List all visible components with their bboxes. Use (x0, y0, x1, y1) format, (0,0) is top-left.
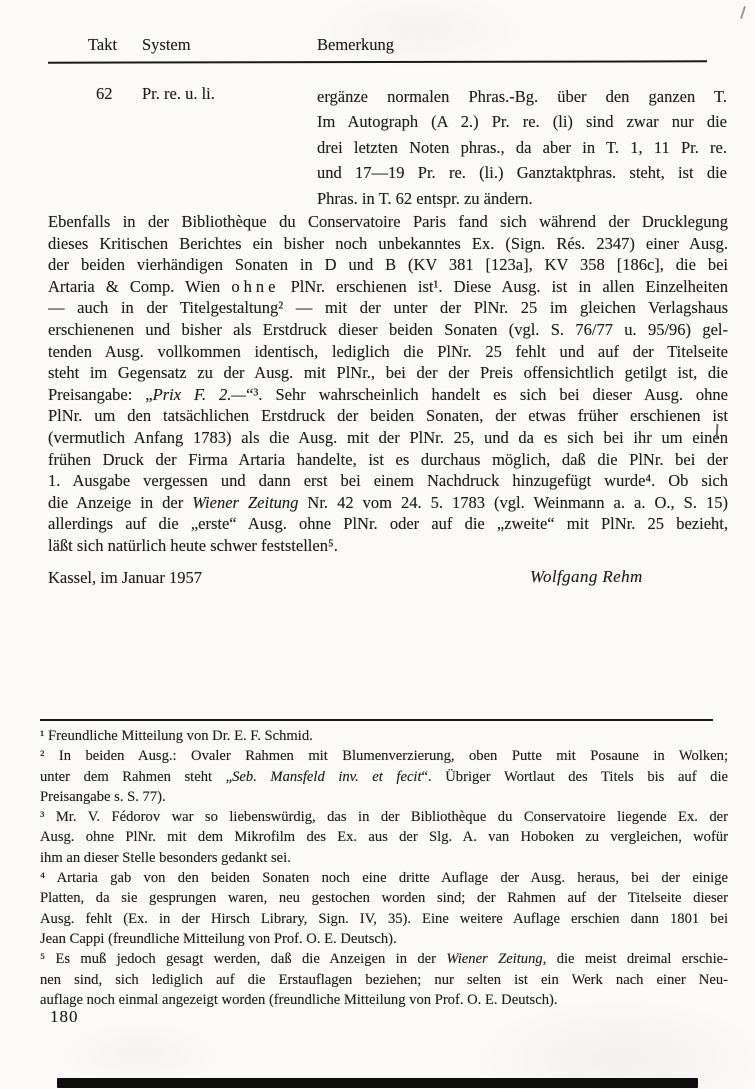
text-line: ⁴ Artaria gab von den beiden Sonaten noc… (40, 868, 728, 888)
text-line: ihm an dieser Stelle besonders gedankt s… (40, 848, 728, 868)
text-line: steht im Gegensatz zu der Ausg. mit PlNr… (48, 362, 728, 384)
main-paragraph: Ebenfalls in der Bibliothèque du Conserv… (48, 211, 728, 557)
text-line: ² In beiden Ausg.: Ovaler Rahmen mit Blu… (40, 746, 728, 766)
system-cell: Pr. re. u. li. (142, 84, 215, 104)
text-line: auflage noch einmal angezeigt worden (fr… (40, 990, 728, 1010)
text-line: drei letzten Noten phras., da aber in T.… (317, 135, 727, 160)
text-line: ³ Mr. V. Fédorov war so liebenswürdig, d… (40, 807, 728, 827)
text-line: unter dem Rahmen steht „Seb. Mansfeld in… (40, 767, 728, 787)
takt-number-cell: 62 (96, 84, 113, 104)
text-line: (vermutlich Anfang 1783) als die Ausg. m… (48, 427, 728, 449)
text-line: Ausg. fehlt (Ex. in der Hirsch Library, … (40, 909, 728, 929)
footnotes-block: ¹ Freundliche Mitteilung von Dr. E. F. S… (40, 726, 728, 1010)
text-line: allerdings auf die „erste“ Ausg. ohne Pl… (48, 513, 728, 535)
text-line: Phras. in T. 62 entspr. zu ändern. (317, 186, 727, 211)
text-line: ⁵ Es muß jedoch gesagt werden, daß die A… (40, 949, 728, 969)
text-line: frühen Druck der Firma Artaria handelte,… (48, 449, 728, 471)
scanned-book-page: Takt System Bemerkung 62 Pr. re. u. li. … (0, 0, 755, 1089)
text-line: 1. Ausgabe vergessen und dann erst bei e… (48, 470, 728, 492)
text-line: erschienenen und bisher als Erstdruck di… (48, 319, 728, 341)
scan-speck-top-right (740, 6, 746, 19)
text-line: Ausg. ohne PlNr. mit dem Mikrofilm des E… (40, 827, 728, 847)
text-line: PlNr. um den tatsächlichen Erstdruck der… (48, 405, 728, 427)
text-line: der beiden vierhändigen Sonaten in D und… (48, 254, 728, 276)
text-line: Preisangabe: „Prix F. 2.—“³. Sehr wahrsc… (48, 384, 728, 406)
text-line: Ebenfalls in der Bibliothèque du Conserv… (48, 211, 728, 233)
author-signature: Wolfgang Rehm (530, 567, 654, 587)
page-number: 180 (50, 1007, 79, 1027)
column-header-bemerkung: Bemerkung (317, 37, 394, 53)
bemerkung-cell: ergänze normalen Phras.-Bg. über den gan… (317, 84, 727, 211)
text-line: tenden Ausg. vollkommen identisch, ledig… (48, 341, 728, 363)
text-line: die Anzeige in der Wiener Zeitung Nr. 42… (48, 492, 728, 514)
table-header-rule (48, 60, 707, 63)
footnote-separator-rule (40, 719, 713, 721)
column-header-system: System (142, 37, 191, 53)
text-line: nen sind, sich lediglich auf die Erstauf… (40, 970, 728, 990)
text-line: Im Autograph (A 2.) Pr. re. (li) sind zw… (317, 109, 727, 134)
text-line: Platten, da sie gesprungen waren, neu ge… (40, 888, 728, 908)
text-line: — auch in der Titelgestaltung² — mit der… (48, 297, 728, 319)
text-line: dieses Kritischen Berichtes ein bisher n… (48, 233, 728, 255)
place-date-line: Kassel, im Januar 1957 (48, 568, 202, 588)
text-line: und 17—19 Pr. re. (li.) Ganztaktphras. s… (317, 160, 727, 185)
text-line: Artaria & Comp. Wien ohne PlNr. erschien… (48, 276, 728, 298)
scan-edge-bar (57, 1078, 698, 1088)
column-header-takt: Takt (88, 37, 117, 53)
text-line: ¹ Freundliche Mitteilung von Dr. E. F. S… (40, 726, 728, 746)
text-line: Preisangabe s. S. 77). (40, 787, 728, 807)
text-line: ergänze normalen Phras.-Bg. über den gan… (317, 84, 727, 109)
text-line: Jean Cappi (freundliche Mitteilung von P… (40, 929, 728, 949)
text-line: läßt sich natürlich heute schwer festste… (48, 535, 728, 557)
